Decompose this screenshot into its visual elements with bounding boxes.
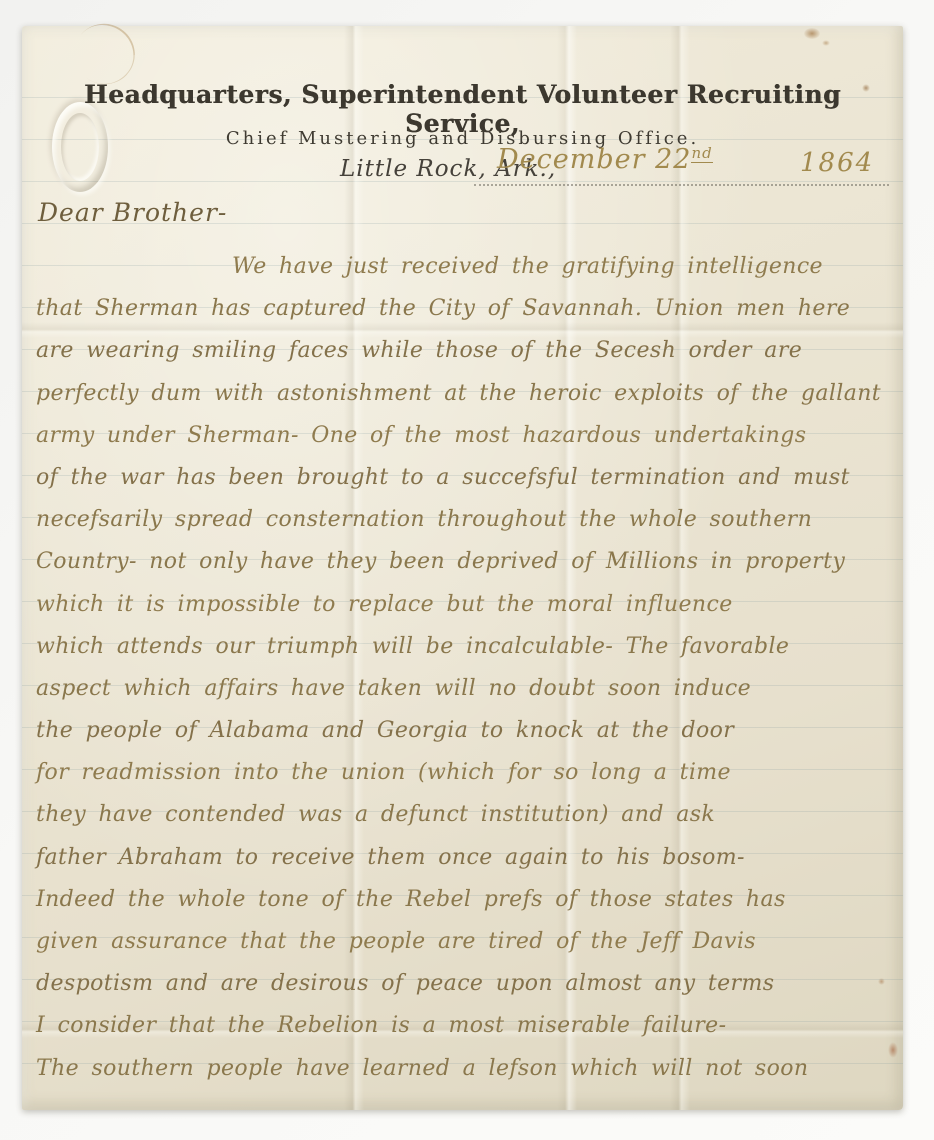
salutation: Dear Brother- (38, 198, 227, 227)
letter-line: perfectly dum with astonishment at the h… (36, 373, 889, 415)
letter-line: despotism and are desirous of peace upon… (36, 963, 889, 1005)
date-handwritten: December 22nd (497, 144, 713, 175)
letter-line: which it is impossible to replace but th… (36, 584, 889, 626)
letter-line: I consider that the Rebelion is a most m… (36, 1005, 889, 1047)
letter-line: of the war has been brought to a succefs… (36, 457, 889, 499)
letter-line: which attends our triumph will be incalc… (36, 626, 889, 668)
letter-line: father Abraham to receive them once agai… (36, 837, 889, 879)
letter-line: The southern people have learned a lefso… (36, 1048, 889, 1090)
letter-line: Country- not only have they been deprive… (36, 541, 889, 583)
year-handwritten: 1864 (800, 148, 874, 178)
letterhead-subtitle: Chief Mustering and Disbursing Office. (22, 128, 903, 149)
letter-page: Headquarters, Superintendent Volunteer R… (22, 26, 903, 1110)
letter-body: We have just received the gratifying int… (36, 246, 889, 1090)
letter-line: that Sherman has captured the City of Sa… (36, 288, 889, 330)
date-day: December 22 (497, 144, 691, 175)
letter-line: aspect which affairs have taken will no … (36, 668, 889, 710)
letter-line: Indeed the whole tone of the Rebel prefs… (36, 879, 889, 921)
letter-line: the people of Alabama and Georgia to kno… (36, 710, 889, 752)
dateline: Little Rock, Ark., December 22nd 1864 (22, 150, 903, 194)
letter-line: army under Sherman- One of the most haza… (36, 415, 889, 457)
letter-line: are wearing smiling faces while those of… (36, 330, 889, 372)
scan-background: Headquarters, Superintendent Volunteer R… (0, 0, 934, 1140)
ink-stain (888, 1042, 898, 1058)
letter-line: given assurance that the people are tire… (36, 921, 889, 963)
ink-stain (822, 40, 830, 46)
date-ordinal-suffix: nd (691, 144, 712, 163)
letter-line: We have just received the gratifying int… (36, 246, 889, 288)
letter-line: necefsarily spread consternation through… (36, 499, 889, 541)
dotted-rule (474, 183, 889, 186)
letter-line: they have contended was a defunct instit… (36, 794, 889, 836)
letter-line: for readmission into the union (which fo… (36, 752, 889, 794)
ink-stain (804, 28, 820, 39)
